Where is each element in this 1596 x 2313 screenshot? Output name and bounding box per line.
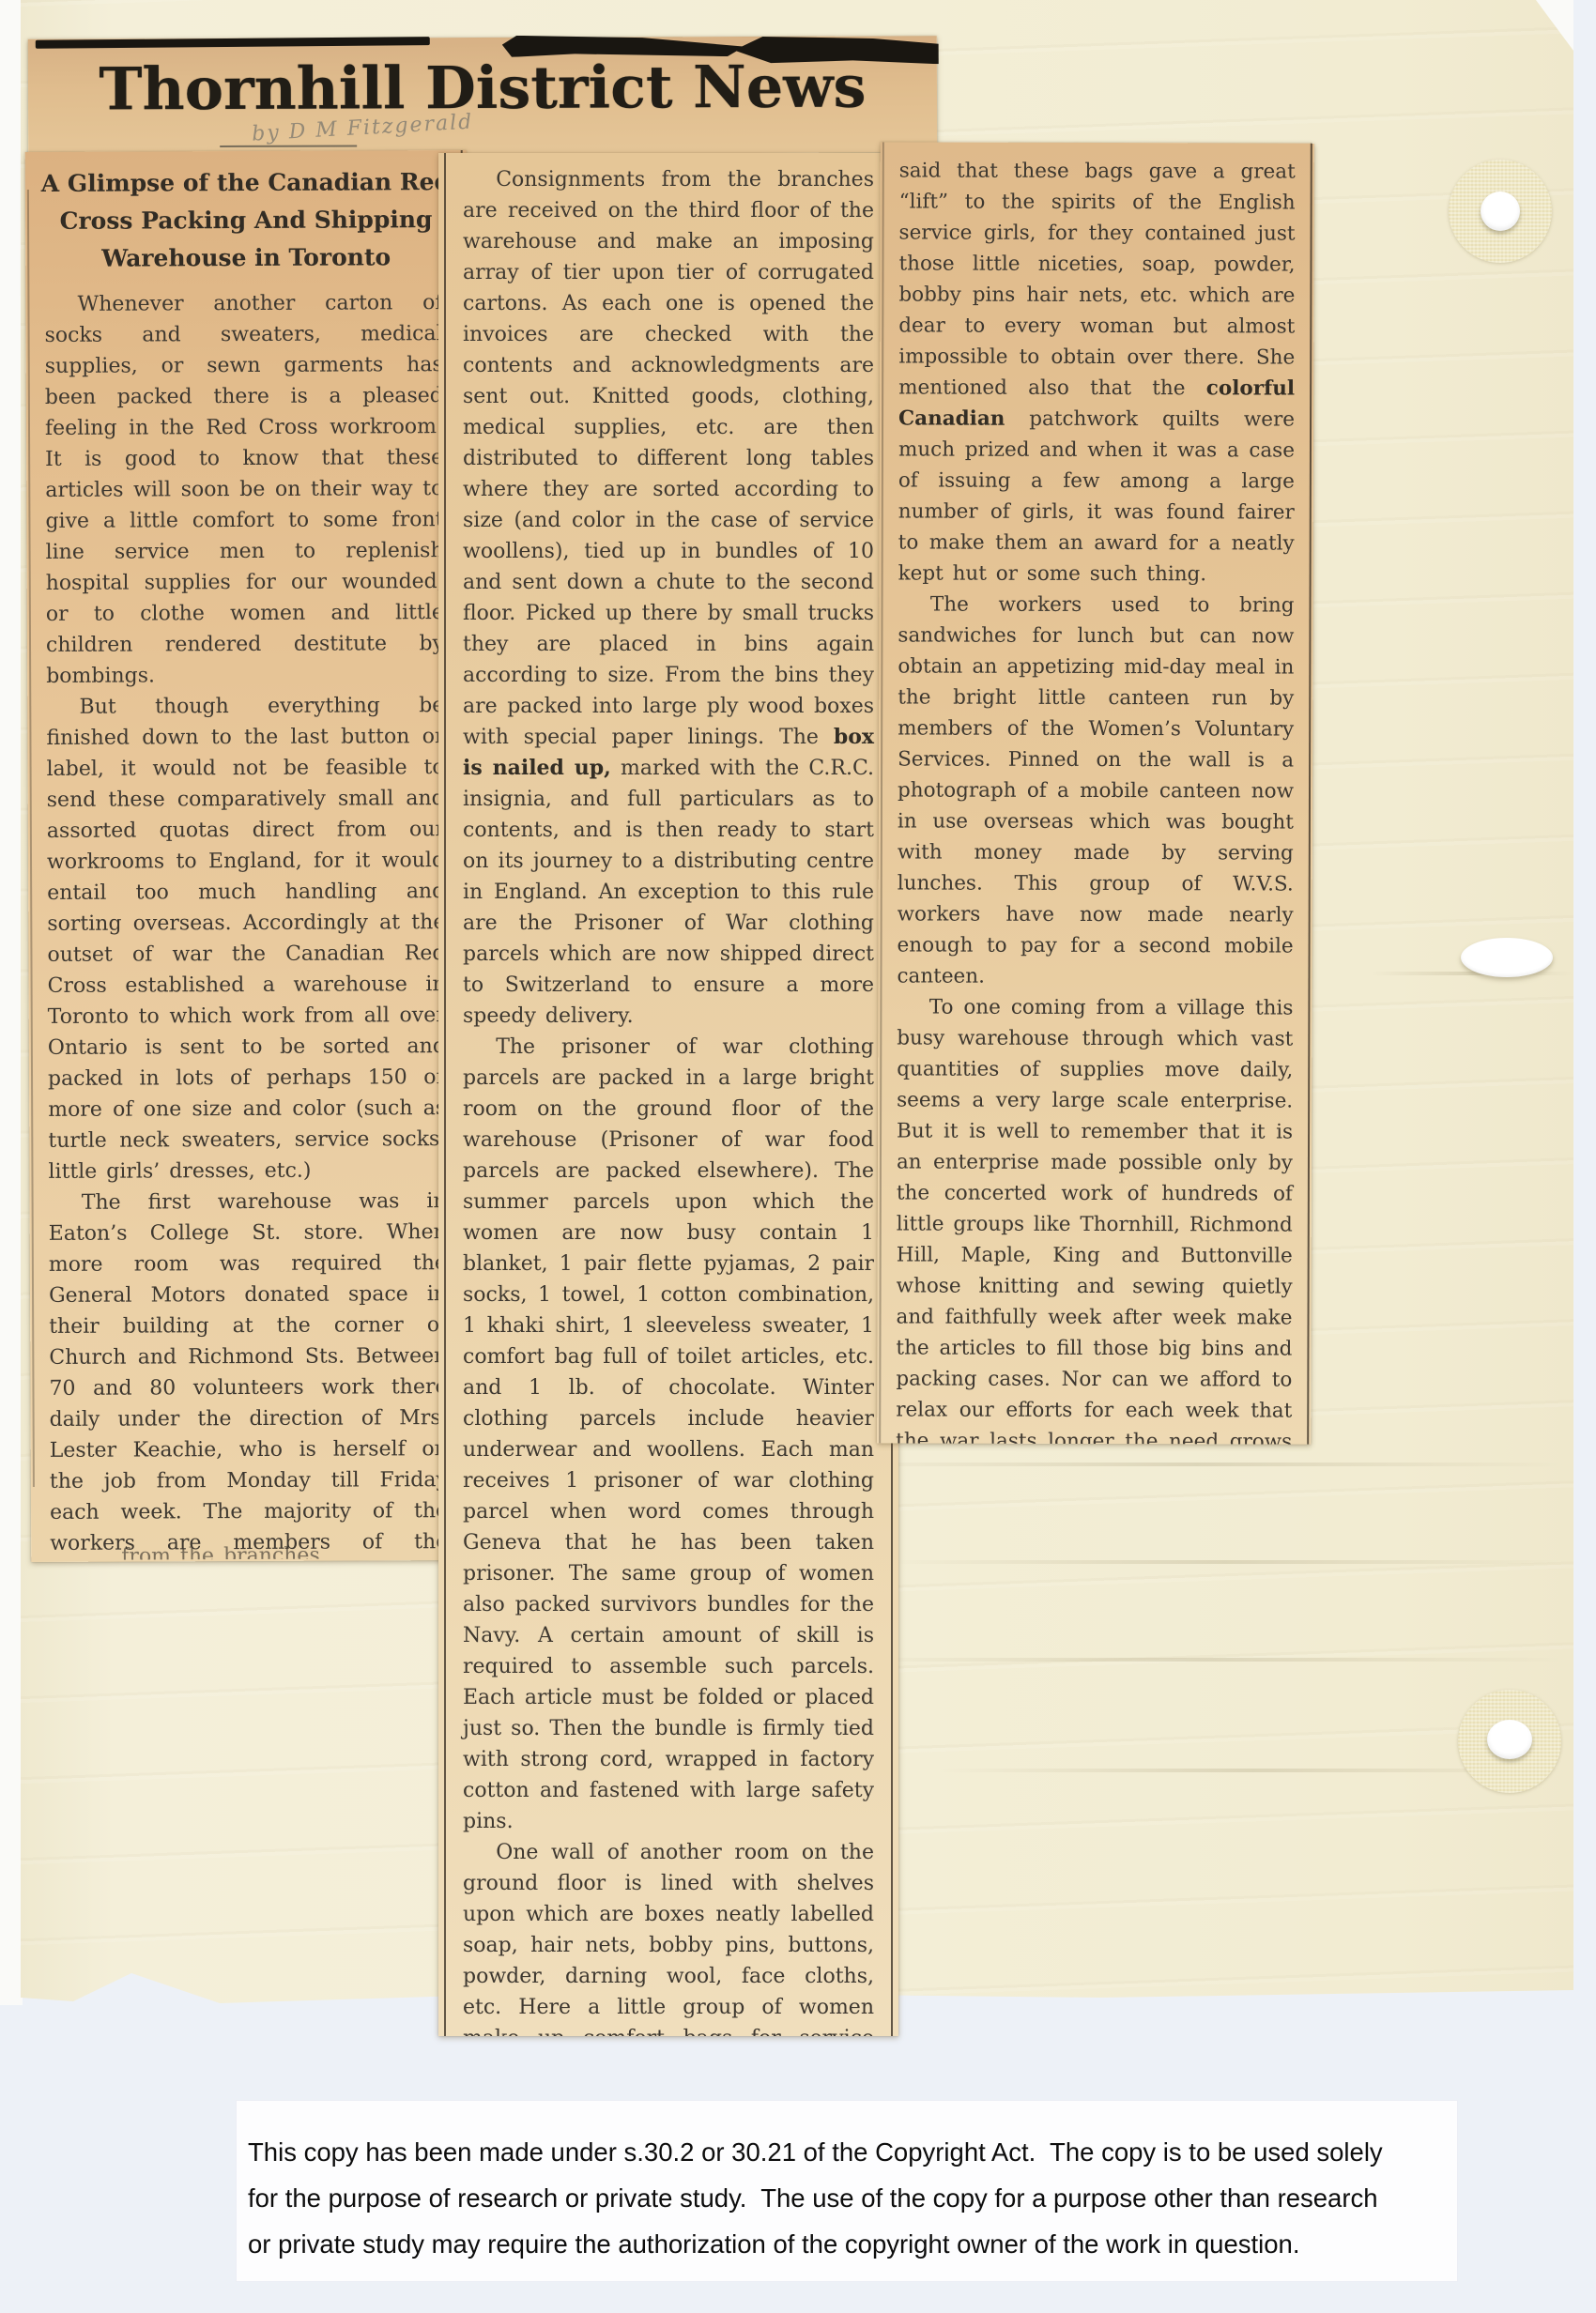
column-3-text: said that these bags gave a great “lift”…	[877, 142, 1314, 1444]
newspaper-title: Thornhill District News	[28, 56, 937, 119]
column-1-text: Whenever another carton of socks and swe…	[25, 282, 472, 1562]
news-paragraph: The first warehouse was in Eaton’s Colle…	[49, 1186, 450, 1562]
crease-line	[882, 1560, 1568, 1564]
article-column-3-clipping: said that these bags gave a great “lift”…	[877, 142, 1314, 1444]
article-column-2-clipping: Consignments from the branches are recei…	[438, 153, 898, 2036]
news-paragraph: Consignments from the branches are recei…	[463, 164, 874, 1032]
crease-line	[1371, 972, 1573, 975]
news-paragraph: Whenever another carton of socks and swe…	[44, 287, 444, 692]
news-paragraph: But though everything be finished down t…	[46, 690, 446, 1187]
column-rule	[444, 153, 446, 2036]
binder-hole	[1481, 191, 1520, 231]
news-paragraph: said that these bags gave a great “lift”…	[898, 155, 1296, 590]
column-2-text: Consignments from the branches are recei…	[438, 153, 898, 2036]
crease-line	[845, 1658, 1568, 1662]
binder-hole-flattened	[1461, 938, 1553, 977]
byline-underline	[220, 145, 357, 147]
binder-hole	[1487, 1720, 1532, 1759]
news-paragraph: To one coming from a village this busy w…	[896, 991, 1294, 1444]
torn-newsprint-edge	[36, 37, 430, 49]
copyright-line: This copy has been made under s.30.2 or …	[237, 2129, 1457, 2175]
copyright-notice: This copy has been made under s.30.2 or …	[237, 2101, 1457, 2281]
copyright-line: for the purpose of research or private s…	[237, 2175, 1457, 2221]
headline-line: Cross Packing And Shipping	[40, 201, 452, 240]
news-paragraph: The prisoner of war clothing parcels are…	[463, 1032, 874, 1837]
scrapbook-page-scan: Thornhill District News by D M Fitzgeral…	[0, 0, 1596, 2313]
crease-line	[826, 1463, 1568, 1466]
article-headline: A Glimpse of the Canadian Red Cross Pack…	[25, 150, 468, 283]
scanner-margin	[0, 0, 23, 2005]
article-column-1-clipping: A Glimpse of the Canadian Red Cross Pack…	[25, 150, 473, 1562]
masthead-clipping: Thornhill District News by D M Fitzgeral…	[28, 36, 937, 155]
news-paragraph: The workers used to bring sandwiches for…	[897, 589, 1294, 992]
cut-off-text-line: from the branches	[121, 1546, 320, 1560]
copyright-line: or private study may require the authori…	[237, 2221, 1457, 2267]
news-paragraph: One wall of another room on the ground f…	[463, 1837, 874, 2036]
headline-line: Warehouse in Toronto	[40, 238, 452, 278]
headline-line: A Glimpse of the Canadian Red	[40, 163, 452, 203]
